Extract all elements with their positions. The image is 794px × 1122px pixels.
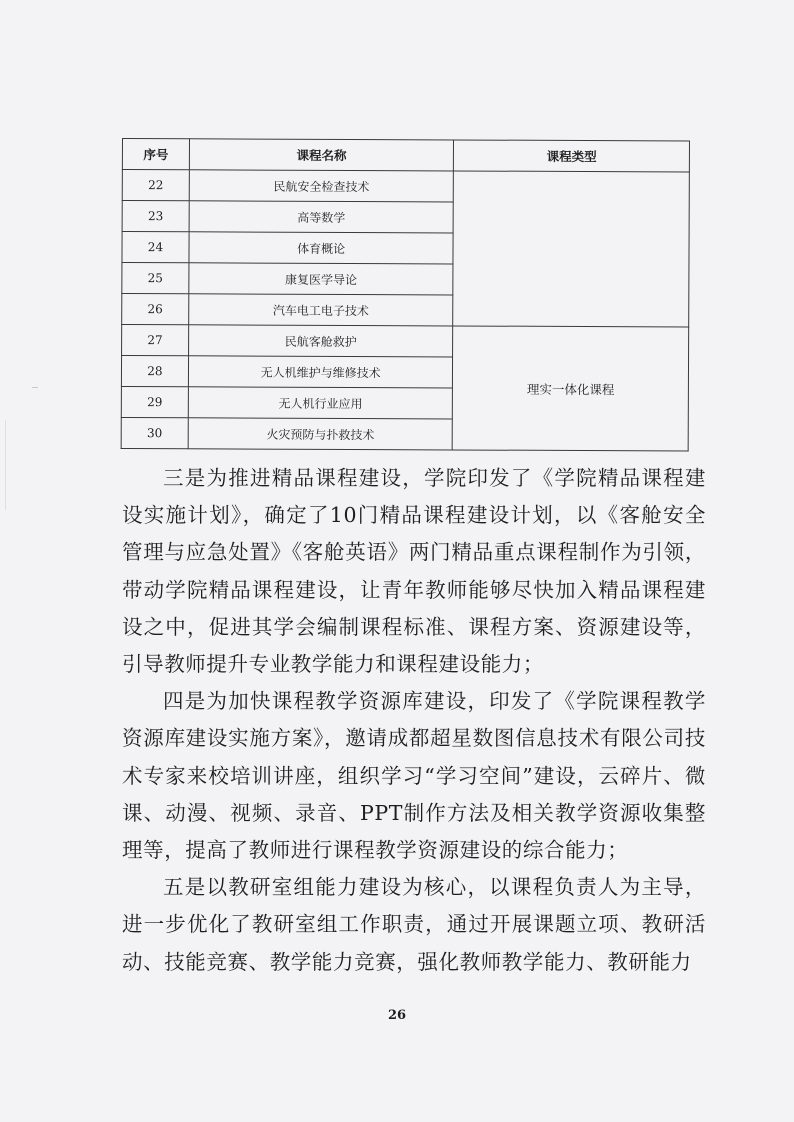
table-header-row: 序号 课程名称 课程类型 [122, 139, 689, 172]
cell-course-name: 体育概论 [189, 232, 454, 264]
paragraph-three: 三是为推进精品课程建设，学院印发了《学院精品课程建设实施计划》，确定了10门精品… [122, 460, 706, 683]
course-table: 序号 课程名称 课程类型 22 民航安全检查技术 23 高等数学 24 体育概论… [121, 138, 690, 451]
cell-course-type-group-1 [453, 171, 689, 327]
cell-course-type-group-2: 理实一体化课程 [453, 326, 689, 451]
cell-course-name: 无人机维护与维修技术 [188, 356, 453, 388]
cell-serial-number: 23 [122, 201, 189, 232]
scan-mark [32, 387, 38, 388]
cell-serial-number: 22 [122, 170, 189, 201]
cell-serial-number: 27 [122, 325, 189, 356]
table-row: 22 民航安全检查技术 [122, 170, 689, 203]
table-row: 27 民航客舱救护 理实一体化课程 [122, 325, 689, 358]
header-course-name: 课程名称 [189, 139, 454, 171]
body-text: 三是为推进精品课程建设，学院印发了《学院精品课程建设实施计划》，确定了10门精品… [122, 460, 706, 981]
cell-serial-number: 30 [121, 417, 188, 448]
cell-course-name: 康复医学导论 [189, 263, 454, 295]
paragraph-four: 四是为加快课程教学资源库建设，印发了《学院课程教学资源库建设实施方案》，邀请成都… [122, 683, 706, 869]
cell-serial-number: 28 [121, 356, 188, 387]
cell-serial-number: 29 [121, 386, 188, 417]
cell-serial-number: 25 [122, 263, 189, 294]
paragraph-five: 五是以教研室组能力建设为核心，以课程负责人为主导，进一步优化了教研室组工作职责，… [122, 869, 706, 981]
cell-course-name: 高等数学 [189, 201, 454, 233]
page-number: 26 [0, 1008, 794, 1023]
cell-course-name: 民航客舱救护 [188, 325, 453, 357]
scan-edge-shadow [5, 420, 6, 510]
header-serial-number: 序号 [122, 139, 189, 170]
cell-course-name: 火灾预防与扑救技术 [188, 418, 453, 450]
cell-course-name: 民航安全检查技术 [189, 170, 454, 202]
cell-course-name: 汽车电工电子技术 [189, 294, 454, 326]
cell-course-name: 无人机行业应用 [188, 387, 453, 419]
header-course-type: 课程类型 [454, 140, 690, 172]
cell-serial-number: 26 [122, 294, 189, 325]
cell-serial-number: 24 [122, 232, 189, 263]
